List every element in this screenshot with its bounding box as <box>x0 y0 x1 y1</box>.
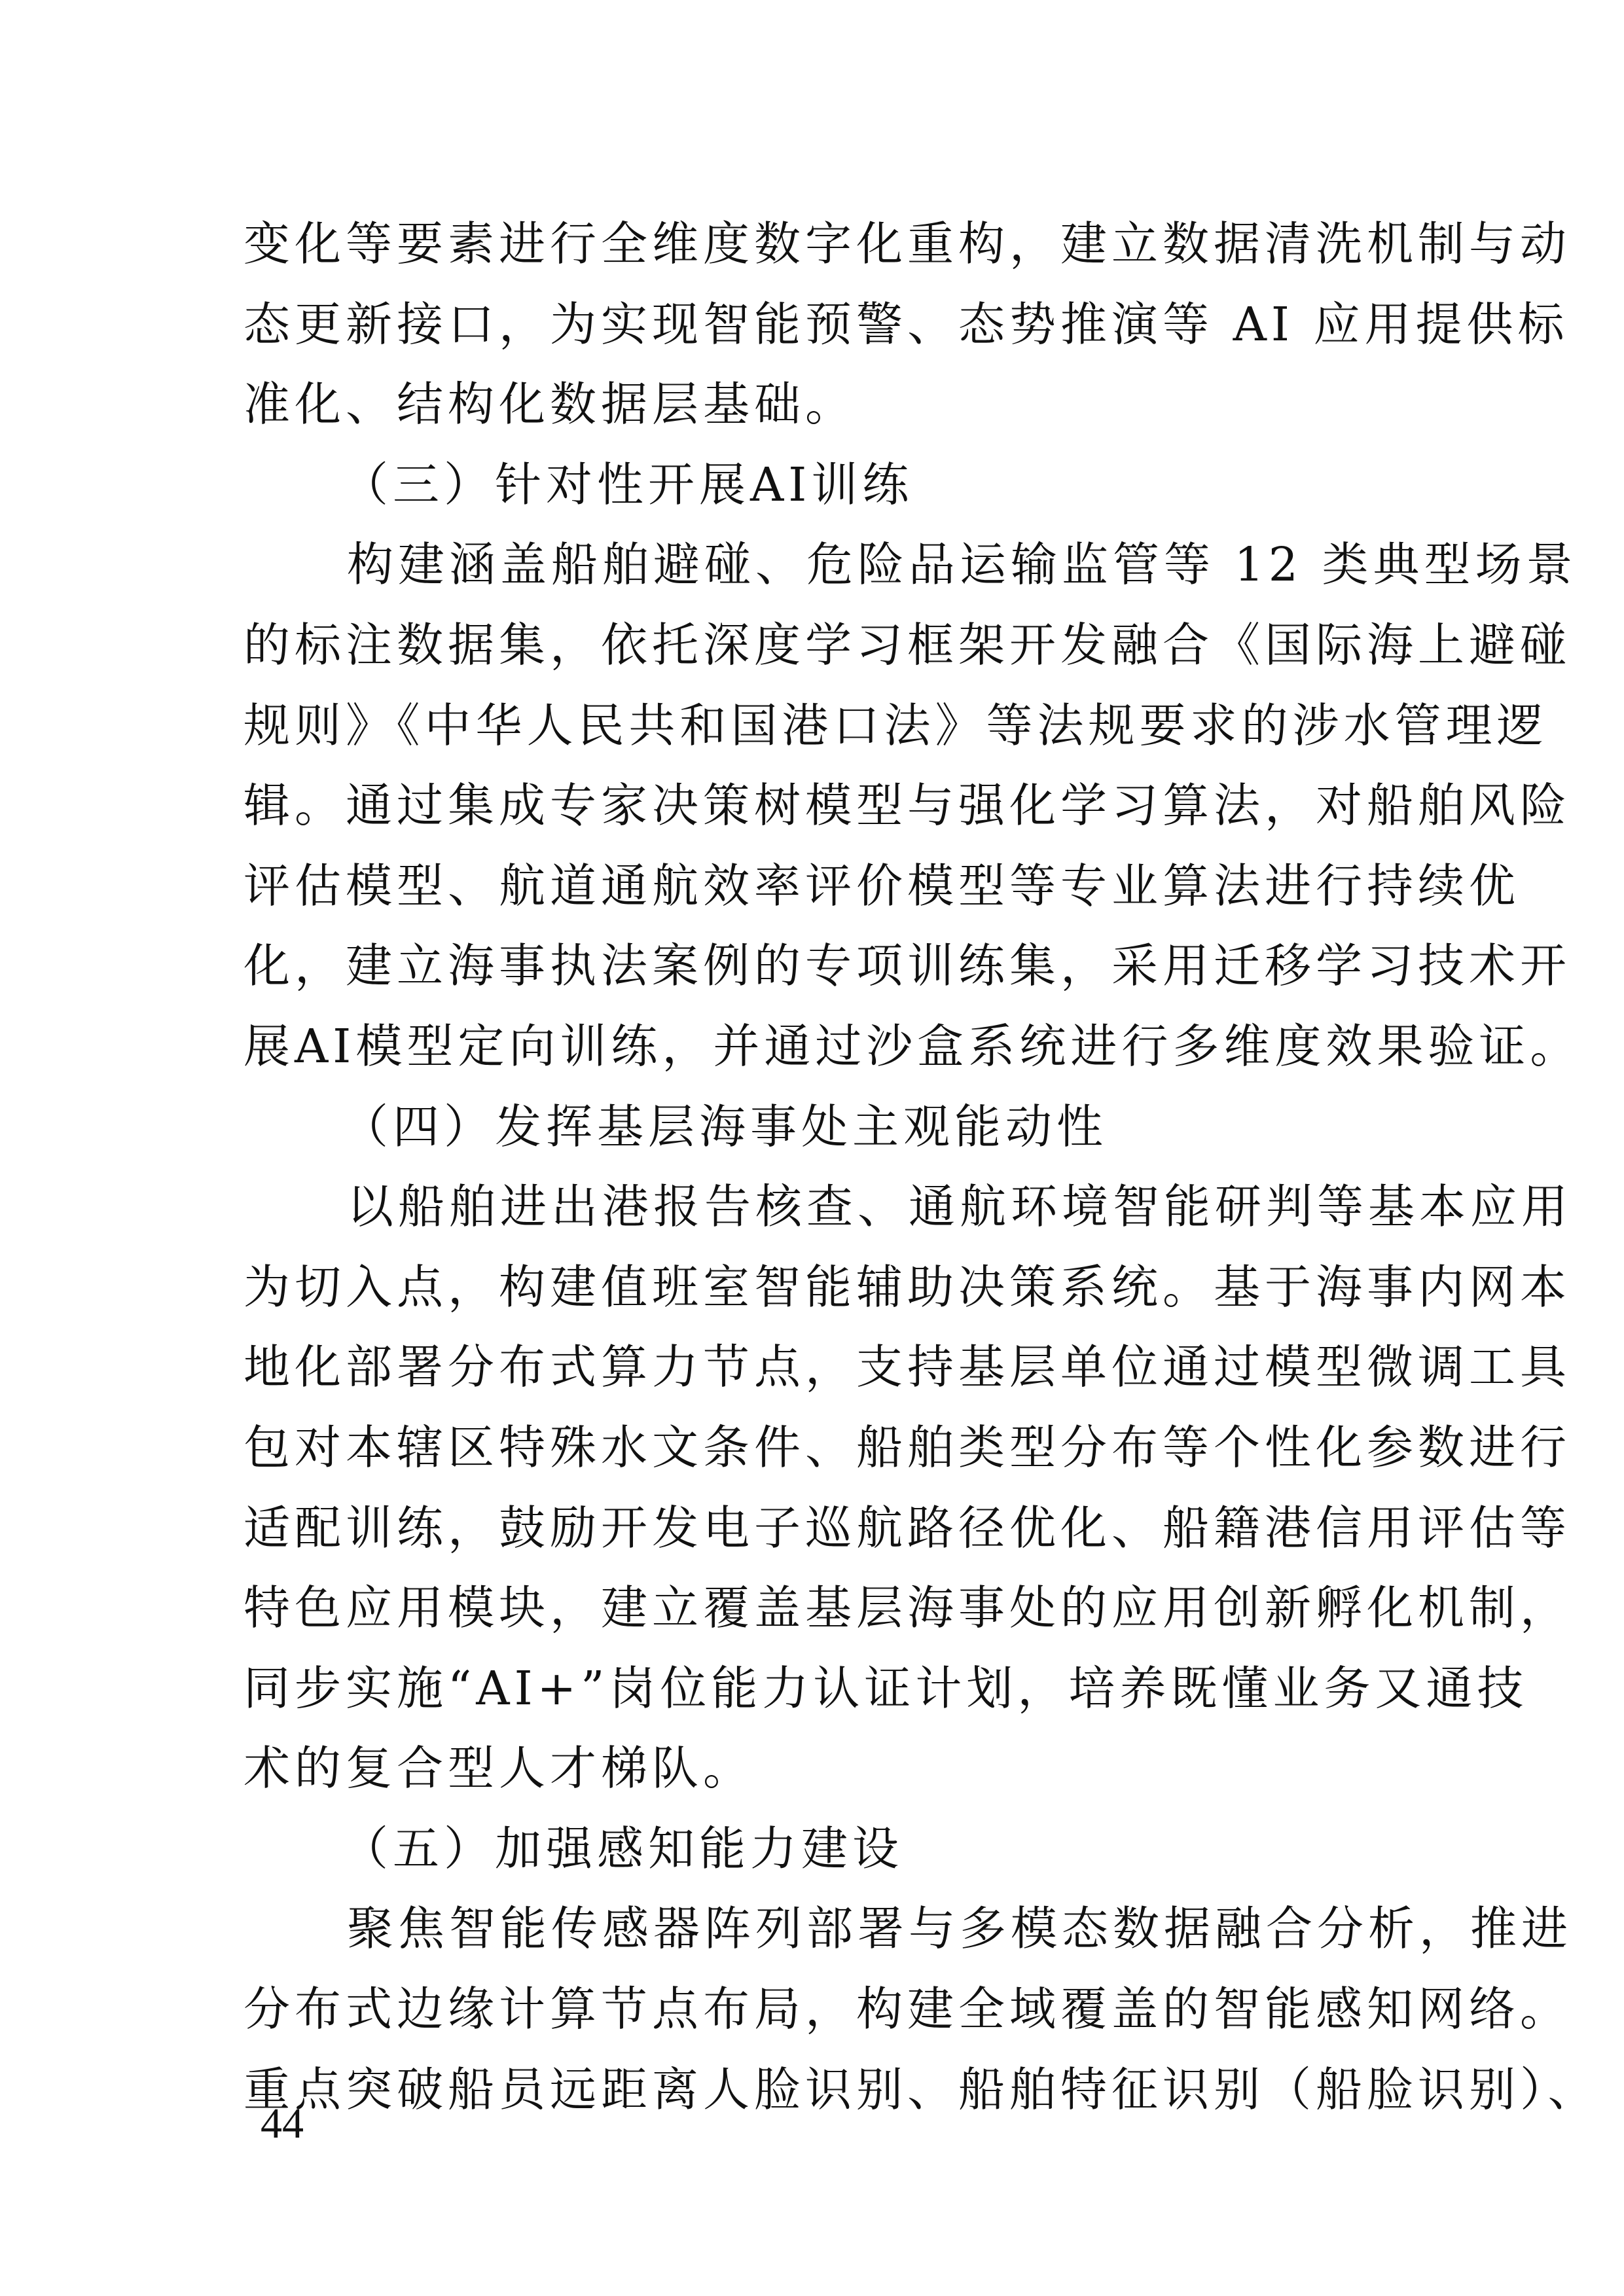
paragraph-line: 展AI模型定向训练，并通过沙盒系统进行多维度效果验证。 <box>244 1007 1382 1087</box>
paragraph-line: 规则》《中华人民共和国港口法》等法规要求的涉水管理逻 <box>244 686 1382 766</box>
paragraph-line: 评估模型、航道通航效率评价模型等专业算法进行持续优 <box>244 846 1382 927</box>
page-number: 44 <box>261 2098 304 2150</box>
paragraph-line: 同步实施“AI+”岗位能力认证计划，培养既懂业务又通技 <box>244 1649 1382 1729</box>
paragraph-line: 聚焦智能传感器阵列部署与多模态数据融合分析，推进 <box>244 1889 1382 1969</box>
paragraph-line: 地化部署分布式算力节点，支持基层单位通过模型微调工具 <box>244 1327 1382 1408</box>
paragraph-line: 辑。通过集成专家决策树模型与强化学习算法，对船舶风险 <box>244 766 1382 846</box>
paragraph-line: 构建涵盖船舶避碰、危险品运输监管等 12 类典型场景 <box>244 525 1382 605</box>
paragraph-line: 特色应用模块，建立覆盖基层海事处的应用创新孵化机制， <box>244 1568 1382 1649</box>
paragraph-line: 态更新接口，为实现智能预警、态势推演等 AI 应用提供标 <box>244 285 1382 365</box>
document-page: 变化等要素进行全维度数字化重构，建立数据清洗机制与动 态更新接口，为实现智能预警… <box>0 0 1624 2296</box>
paragraph-line: 准化、结构化数据层基础。 <box>244 365 1382 445</box>
body-text: 变化等要素进行全维度数字化重构，建立数据清洗机制与动 态更新接口，为实现智能预警… <box>244 204 1382 2130</box>
section-heading-5: （五）加强感知能力建设 <box>244 1809 1382 1890</box>
paragraph-line: 包对本辖区特殊水文条件、船舶类型分布等个性化参数进行 <box>244 1408 1382 1488</box>
paragraph-line: 的标注数据集，依托深度学习框架开发融合《国际海上避碰 <box>244 605 1382 686</box>
paragraph-line: 适配训练，鼓励开发电子巡航路径优化、船籍港信用评估等 <box>244 1488 1382 1569</box>
section-heading-4: （四）发挥基层海事处主观能动性 <box>244 1087 1382 1168</box>
paragraph-line: 术的复合型人才梯队。 <box>244 1729 1382 1809</box>
paragraph-line: 分布式边缘计算节点布局，构建全域覆盖的智能感知网络。 <box>244 1969 1382 2050</box>
paragraph-line: 为切入点，构建值班室智能辅助决策系统。基于海事内网本 <box>244 1247 1382 1328</box>
section-heading-3: （三）针对性开展AI训练 <box>244 445 1382 526</box>
paragraph-line: 以船舶进出港报告核查、通航环境智能研判等基本应用 <box>244 1167 1382 1247</box>
paragraph-line: 变化等要素进行全维度数字化重构，建立数据清洗机制与动 <box>244 204 1382 285</box>
paragraph-line: 重点突破船员远距离人脸识别、船舶特征识别（船脸识别）、 <box>244 2050 1382 2130</box>
paragraph-line: 化，建立海事执法案例的专项训练集，采用迁移学习技术开 <box>244 926 1382 1007</box>
